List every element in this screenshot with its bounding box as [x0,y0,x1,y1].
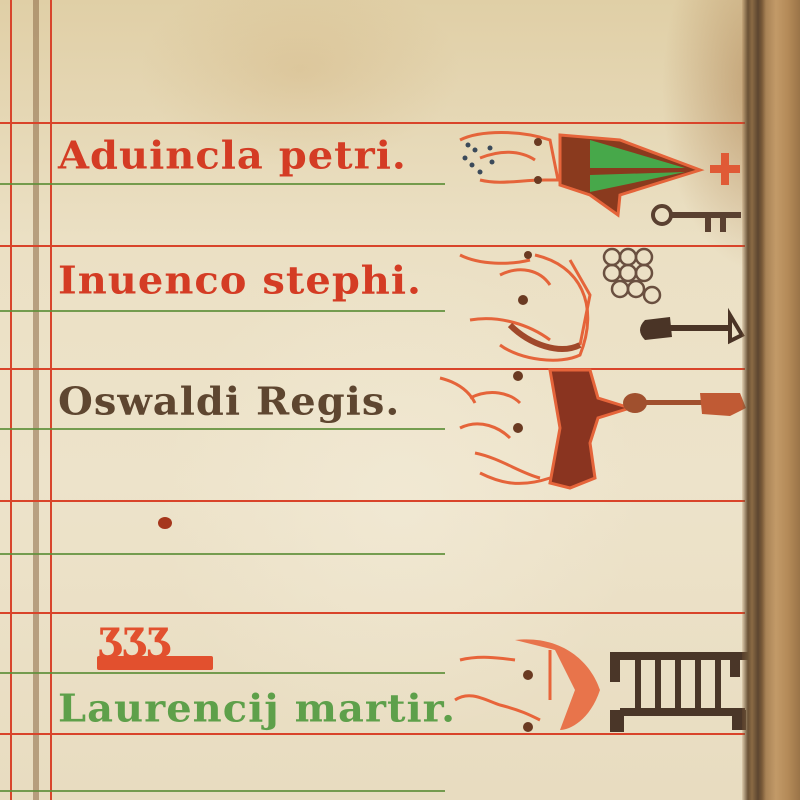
feast-mark-bar [97,656,213,670]
sceptre-icon [623,393,746,416]
book-binding-edge [742,0,800,800]
ruling-line-red [0,500,745,502]
stones-icon [604,249,660,303]
baseline-green [0,428,445,430]
vertical-ruling-outer [10,0,12,800]
spade-icon [640,315,742,341]
saint-laurence-drawing [440,630,750,740]
baseline-green [0,183,445,185]
cross-icon [710,153,740,185]
calendar-entry-stephen: Inuenco stephi. [58,258,422,303]
baseline-green [0,553,445,555]
mitre-icon [560,135,700,215]
crown-icon [550,370,630,488]
saint-peter-drawing [440,120,750,240]
ink-stain [158,517,172,529]
vertical-fold-crease [33,0,39,800]
face-icon [455,650,550,720]
saint-oswald-drawing [430,368,750,493]
saint-stephen-drawing [440,245,750,370]
face-icon [460,255,590,360]
baseline-green [0,310,445,312]
ruling-line-red [0,612,745,614]
calendar-entry-peter: Aduincla petri. [58,133,407,178]
vertical-ruling-inner [50,0,52,800]
face-icon [460,133,558,185]
face-icon [440,378,550,483]
calendar-entry-oswald: Oswaldi Regis. [58,379,400,424]
baseline-green [0,790,445,792]
gridiron-icon [610,652,750,732]
key-icon [653,206,741,232]
calendar-entry-laurence: Laurencij martir. [58,686,456,731]
baseline-green [0,672,445,674]
